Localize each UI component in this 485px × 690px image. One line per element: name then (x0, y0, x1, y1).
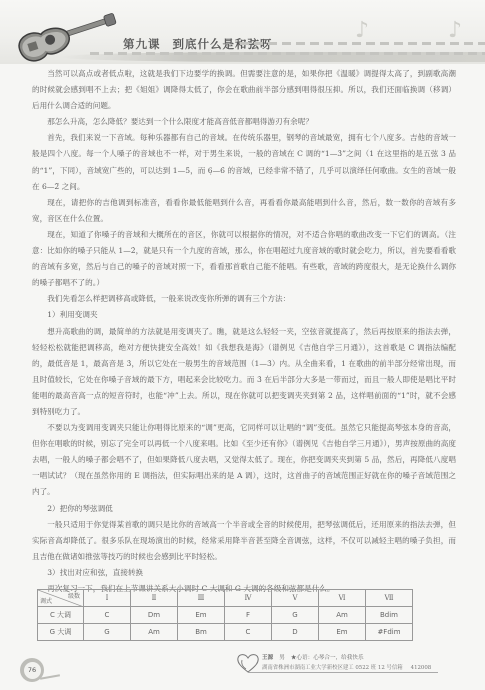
table-cell: G (272, 607, 319, 624)
table-corner-cell: 级数 调式 (38, 590, 84, 607)
table-cell: Em (178, 607, 225, 624)
music-note-decoration-icon: ♪ (448, 18, 462, 43)
table-row: G 大调 G Am Bm C D Em #Fdim (38, 624, 413, 641)
table-header-cell: Ⅵ (319, 590, 366, 607)
header-dashed-line (240, 42, 485, 45)
header-dashed-line (90, 52, 485, 55)
address-text: 湖南省株洲市湖南工业大学新校区建工 0522 班 12 号信箱 (262, 665, 403, 671)
corner-label-mode: 调式 (40, 596, 52, 605)
music-note-decoration-icon: ♪ (355, 18, 369, 43)
author-name: 王源 (262, 655, 273, 661)
table-cell: D (272, 624, 319, 641)
author-gender: 男 (279, 655, 285, 661)
table-header-cell: Ⅱ (131, 590, 178, 607)
heart-icon (236, 652, 260, 674)
table-row: C 大调 C Dm Em F G Am Bdim (38, 607, 413, 624)
reader-address: 湖南省株洲市湖南工业大学新校区建工 0522 班 12 号信箱412008 (262, 663, 431, 671)
table-row-key: C 大调 (38, 607, 84, 624)
paragraph: 现在，知道了你嗓子的音域和大概所在的音区，你就可以根据你的情况，对不适合你唱的歌… (32, 227, 456, 291)
table-header-cell: Ⅳ (225, 590, 272, 607)
table-cell: G (84, 624, 131, 641)
table-cell: Am (131, 624, 178, 641)
page-body: 当然可以高点或者低点啦，这就是我们下边要学的换调。但需要注意的是，如果你把《温暖… (32, 66, 456, 597)
guitar-icon (10, 10, 120, 64)
chord-table: 级数 调式 Ⅰ Ⅱ Ⅲ Ⅳ Ⅴ Ⅵ Ⅶ C 大调 C Dm Em F G Am … (37, 589, 413, 641)
table-cell: Dm (131, 607, 178, 624)
author-motto: ★心语：心琴合一，给我快乐 (291, 655, 364, 661)
table-header-row: 级数 调式 Ⅰ Ⅱ Ⅲ Ⅳ Ⅴ Ⅵ Ⅶ (38, 590, 413, 607)
paragraph: 当然可以高点或者低点啦，这就是我们下边要学的换调。但需要注意的是，如果你把《温暖… (32, 66, 456, 114)
section-heading: 2）把你的琴弦调低 (32, 501, 456, 517)
paragraph: 想升高歌曲的调，最简单的方法就是用变调夹了。瞧，就是这么轻轻一夹，空弦音就提高了… (32, 324, 456, 421)
lesson-number: 第九课 (123, 37, 161, 51)
table-header-cell: Ⅶ (366, 590, 413, 607)
book-page: ♪ ♪ 第九课到底什么是和弦呀 当然可以高点或者低点啦，这就是我们下边要学的换调… (0, 0, 485, 690)
table-cell: Am (319, 607, 366, 624)
section-heading: 1）利用变调夹 (32, 307, 456, 323)
page-footer: 76 王源男★心语：心琴合一，给我快乐 湖南省株洲市湖南工业大学新校区建工 05… (0, 648, 485, 690)
page-number: 76 (24, 662, 41, 679)
paragraph: 那怎么升高，怎么降低？要达到一个什么限度才能高音低音都唱得游刃有余呢？ (32, 114, 456, 130)
zip-code: 412008 (411, 665, 432, 671)
page-header: ♪ ♪ 第九课到底什么是和弦呀 (0, 0, 485, 64)
section-heading: 3）找出对应和弦，直接转换 (32, 565, 456, 581)
paragraph: 我们先看怎么样把调移高或降低，一般来说改变你所弹的调有三个方法： (32, 291, 456, 307)
table-cell: C (225, 624, 272, 641)
table-cell: Bdim (366, 607, 413, 624)
paragraph: 一般只适用于你觉得某首歌的调只是比你的音域高一个半音或全音的时候使用，把琴弦调低… (32, 517, 456, 565)
table-cell: F (225, 607, 272, 624)
corner-label-degree: 级数 (68, 591, 80, 600)
page-badge-tail (40, 674, 60, 679)
table-header-cell: Ⅰ (84, 590, 131, 607)
paragraph: 首先，我们来说一下音域。每种乐器都有自己的音域。在传统乐器里，钢琴的音域最宽，拥… (32, 130, 456, 194)
table-header-cell: Ⅴ (272, 590, 319, 607)
paragraph: 不要以为变调用变调夹只能让你唱得比原来的“调”更高，它同样可以让唱的“调”变低。… (32, 420, 456, 500)
table-cell: #Fdim (366, 624, 413, 641)
reader-info: 王源男★心语：心琴合一，给我快乐 (262, 653, 364, 661)
table-cell: Bm (178, 624, 225, 641)
table-cell: Em (319, 624, 366, 641)
table-row-key: G 大调 (38, 624, 84, 641)
paragraph: 现在，请把你的吉他调到标准音，看看你最低能唱到什么音，再看看你最高能唱到什么音，… (32, 195, 456, 227)
table-cell: C (84, 607, 131, 624)
footer-underline (248, 672, 438, 673)
table-header-cell: Ⅲ (178, 590, 225, 607)
